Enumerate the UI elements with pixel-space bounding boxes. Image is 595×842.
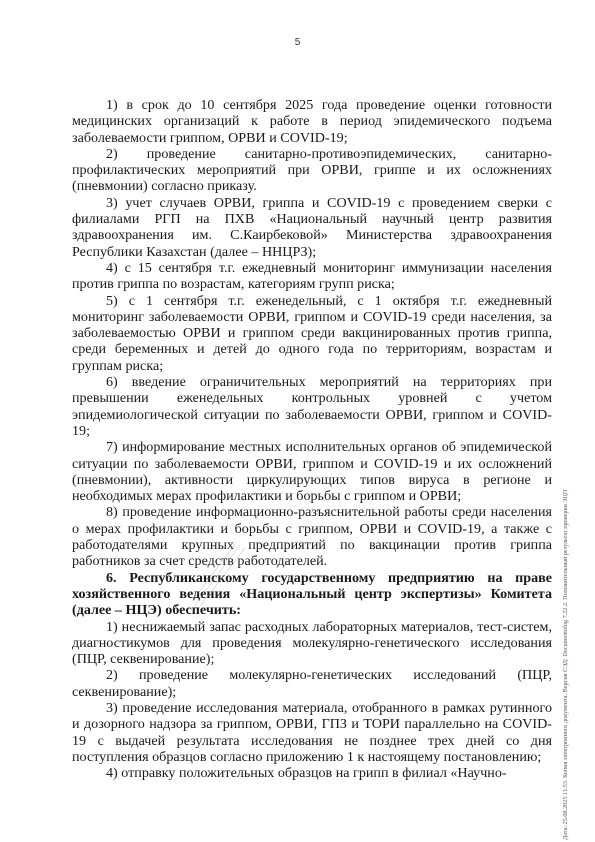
paragraph-3: 3) учет случаев ОРВИ, гриппа и COVID-19 …: [72, 195, 552, 260]
stamp-watermark-icon: [190, 540, 250, 610]
e-signature-stamp: Дата: 25.08.2025 11:53. Копия электронно…: [562, 260, 569, 840]
page-number: 5: [0, 37, 595, 48]
document-body: 1) в срок до 10 сентября 2025 года прове…: [72, 97, 552, 781]
paragraph-6-4: 4) отправку положительных образцов на гр…: [72, 765, 552, 781]
paragraph-6-1: 1) неснижаемый запас расходных лаборатор…: [72, 619, 552, 668]
paragraph-4: 4) с 15 сентября т.г. ежедневный монитор…: [72, 260, 552, 293]
paragraph-8: 8) проведение информационно-разъяснитель…: [72, 504, 552, 569]
paragraph-6-3: 3) проведение исследования материала, от…: [72, 700, 552, 765]
paragraph-2: 2) проведение санитарно-противоэпидемиче…: [72, 146, 552, 195]
paragraph-6-2: 2) проведение молекулярно-генетических и…: [72, 667, 552, 700]
paragraph-7: 7) информирование местных исполнительных…: [72, 439, 552, 504]
section-6-heading: 6. Республиканскому государственному пре…: [72, 570, 552, 619]
paragraph-1: 1) в срок до 10 сентября 2025 года прове…: [72, 97, 552, 146]
paragraph-5: 5) с 1 сентября т.г. еженедельный, с 1 о…: [72, 293, 552, 374]
paragraph-6: 6) введение ограничительных мероприятий …: [72, 374, 552, 439]
